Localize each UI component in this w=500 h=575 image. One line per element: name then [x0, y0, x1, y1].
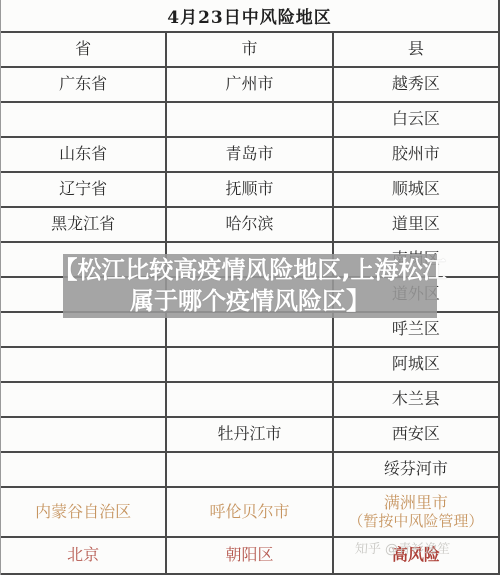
zhihu-watermark: 知乎 @青衫逸笙: [354, 538, 495, 557]
column-header-city: 市: [165, 33, 331, 66]
table-title: 4月23日中风险地区: [1, 0, 498, 33]
county-cell: 越秀区: [332, 68, 498, 101]
table-row: 阿城区: [1, 348, 498, 383]
county-line-1: 满洲里市: [384, 494, 448, 512]
table-row: 绥芬河市: [1, 453, 498, 488]
table-row: 白云区: [1, 103, 498, 138]
province-cell: [1, 453, 165, 486]
county-cell: 顺城区: [332, 173, 498, 206]
province-cell: [1, 418, 165, 451]
table-row: 呼兰区: [1, 313, 498, 348]
county-line-2: （暂按中风险管理）: [348, 513, 483, 530]
column-header-county: 县: [332, 33, 498, 66]
county-cell: 道里区: [332, 208, 498, 241]
table-header-row: 省 市 县: [1, 33, 498, 68]
county-cell: 西安区: [332, 418, 498, 451]
city-cell: 牡丹江市: [165, 418, 331, 451]
table-row: 山东省 青岛市 胶州市: [1, 138, 498, 173]
province-cell: 辽宁省: [1, 173, 165, 206]
city-cell: 青岛市: [165, 138, 331, 171]
city-cell: 广州市: [165, 68, 331, 101]
county-cell: 白云区: [332, 103, 498, 136]
province-cell: [1, 348, 165, 381]
city-cell: 呼伦贝尔市: [165, 488, 331, 536]
county-cell: 绥芬河市: [332, 453, 498, 486]
city-cell: 抚顺市: [165, 173, 331, 206]
caption-line-1: 【松江比较高疫情风险地区,上海松江: [53, 255, 446, 286]
table-row: 木兰县: [1, 383, 498, 418]
county-cell: 满洲里市 （暂按中风险管理）: [332, 488, 498, 536]
county-cell: 阿城区: [332, 348, 498, 381]
column-header-province: 省: [1, 33, 165, 66]
city-cell: 哈尔滨: [165, 208, 331, 241]
table-row: 内蒙谷自治区 呼伦贝尔市 满洲里市 （暂按中风险管理）: [1, 488, 498, 538]
caption-overlay: 【松江比较高疫情风险地区,上海松江 属于哪个疫情风险区】: [63, 254, 437, 318]
table-row: 广东省 广州市 越秀区: [1, 68, 498, 103]
city-cell: 朝阳区: [165, 538, 331, 573]
city-cell: [165, 103, 331, 136]
province-cell: 北京: [1, 538, 165, 573]
province-cell: [1, 383, 165, 416]
province-cell: 广东省: [1, 68, 165, 101]
table-row: 黑龙江省 哈尔滨 道里区: [1, 208, 498, 243]
city-cell: [165, 453, 331, 486]
province-cell: 黑龙江省: [1, 208, 165, 241]
city-cell: [165, 348, 331, 381]
province-cell: 山东省: [1, 138, 165, 171]
county-cell: 胶州市: [332, 138, 498, 171]
table-row: 牡丹江市 西安区: [1, 418, 498, 453]
table-row: 辽宁省 抚顺市 顺城区: [1, 173, 498, 208]
caption-line-2: 属于哪个疫情风险区】: [130, 286, 370, 317]
province-cell: 内蒙谷自治区: [1, 488, 165, 536]
province-cell: [1, 103, 165, 136]
city-cell: [165, 383, 331, 416]
county-cell: 木兰县: [332, 383, 498, 416]
